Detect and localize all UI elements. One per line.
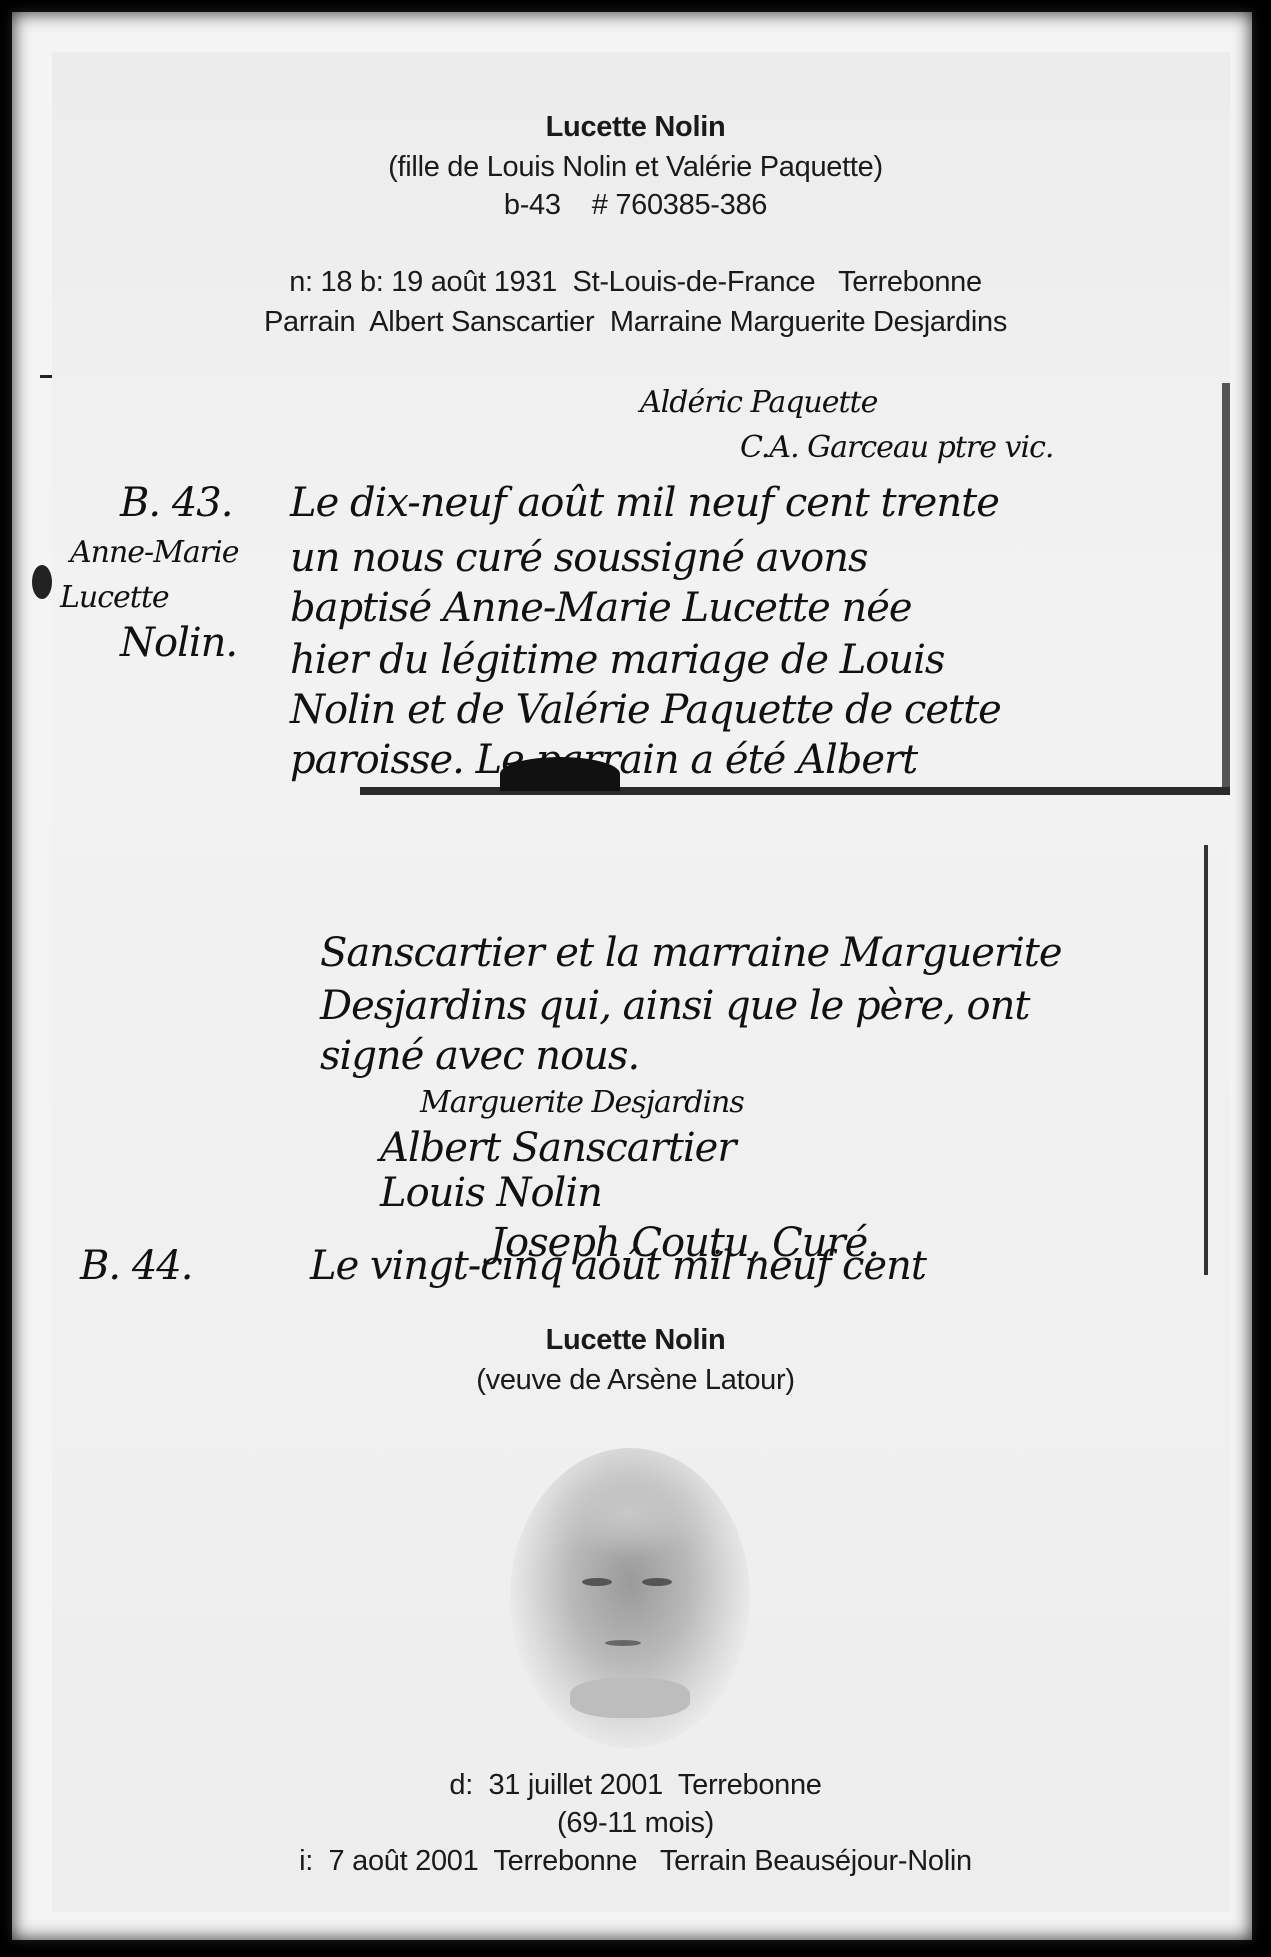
next-entry-number: B. 44. <box>80 1243 192 1289</box>
signature-alderic-paquette: Aldéric Paquette <box>640 385 877 420</box>
photo-hair <box>550 1468 710 1558</box>
signature-garceau: C.A. Garceau ptre vic. <box>740 430 1053 465</box>
next-entry-line: Le vingt-cinq août mil neuf cent <box>310 1243 926 1289</box>
margin-first-names: Anne-Marie <box>70 535 239 570</box>
record-line-3: baptisé Anne-Marie Lucette née <box>290 585 912 631</box>
baptism-parents: (fille de Louis Nolin et Valérie Paquett… <box>0 150 1271 184</box>
signature-father: Louis Nolin <box>380 1170 602 1216</box>
photo-eye-right <box>642 1578 672 1586</box>
birth-baptism-line: n: 18 b: 19 août 1931 St-Louis-de-France… <box>0 265 1271 299</box>
register-scan-1: Aldéric Paquette C.A. Garceau ptre vic. … <box>40 375 1230 795</box>
margin-surname: Nolin. <box>120 620 237 666</box>
godparents-line: Parrain Albert Sanscartier Marraine Marg… <box>0 305 1271 339</box>
record-line-8: Desjardins qui, ainsi que le père, ont <box>320 983 1029 1029</box>
record-line-7: Sanscartier et la marraine Marguerite <box>320 930 1062 976</box>
record-line-5: Nolin et de Valérie Paquette de cette <box>290 687 1001 733</box>
death-date-line: d: 31 juillet 2001 Terrebonne <box>0 1768 1271 1802</box>
signature-parrain: Albert Sanscartier <box>380 1125 735 1171</box>
record-line-4: hier du légitime mariage de Louis <box>290 637 944 683</box>
photo-mouth <box>605 1640 641 1646</box>
margin-entry-number: B. 43. <box>120 480 232 526</box>
burial-line: i: 7 août 2001 Terrebonne Terrain Beausé… <box>0 1844 1271 1878</box>
death-spouse: (veuve de Arsène Latour) <box>0 1363 1271 1397</box>
age-at-death: (69-11 mois) <box>0 1806 1271 1840</box>
record-line-2: un nous curé soussigné avons <box>290 535 868 581</box>
death-name-heading: Lucette Nolin <box>0 1323 1271 1357</box>
record-line-6: paroisse. Le parrain a été Albert <box>290 737 917 783</box>
signature-marraine: Marguerite Desjardins <box>420 1085 744 1120</box>
scan-hole <box>32 565 52 599</box>
portrait-photo <box>510 1448 750 1748</box>
photo-hand <box>570 1678 690 1718</box>
record-line-9: signé avec nous. <box>320 1033 639 1079</box>
photo-eye-left <box>582 1578 612 1586</box>
scan-mark <box>40 375 52 378</box>
baptism-name-heading: Lucette Nolin <box>0 110 1271 144</box>
margin-lucette: Lucette <box>60 580 169 615</box>
baptism-reference: b-43 # 760385-386 <box>0 188 1271 222</box>
register-scan-2: Sanscartier et la marraine Marguerite De… <box>40 845 1230 1275</box>
record-line-1: Le dix-neuf août mil neuf cent trente <box>290 480 999 526</box>
scan-border-bottom <box>360 787 1230 795</box>
scan-border-right <box>1204 845 1208 1275</box>
scan-border-right <box>1222 383 1230 793</box>
